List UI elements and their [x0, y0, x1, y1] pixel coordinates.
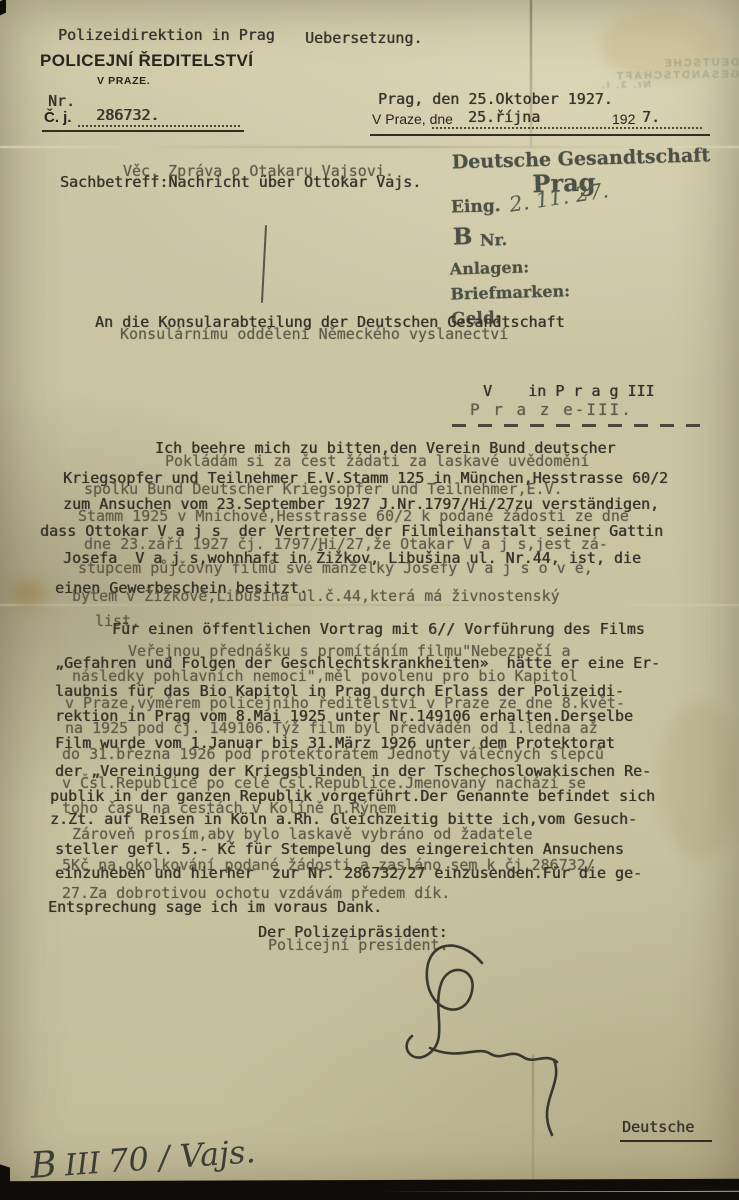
body-line: Pokládám si za čest žádati za laskavé uv…: [165, 454, 589, 470]
subject-german: Sachbetreff:Nachricht über Ottokar Vajs.: [60, 175, 421, 191]
body-line: einzuheben und hierher zur Nr. 286732/27…: [55, 866, 642, 882]
footer-deutsche: Deutsche: [622, 1120, 694, 1136]
scan-edge-corner-topleft: [0, 0, 6, 15]
handwritten-file-note: B III 70 / Vajs.: [29, 1130, 257, 1187]
stamp-b-label: B: [453, 225, 473, 250]
place-dashed-underline: [452, 424, 704, 427]
body-line: do 31.března 1926 pod protektorátem Jedn…: [62, 747, 604, 763]
date-underline: [370, 134, 710, 136]
stamp-briefmarken-label: Briefmarken:: [450, 283, 570, 303]
typed-uebersetzung: Uebersetzung.: [305, 31, 422, 47]
fold-crease-bottom: [532, 1055, 534, 1195]
typed-org-line: Polizeidirektion in Prag: [58, 28, 275, 44]
fold-crease-top: [530, 0, 532, 148]
stamp-anlagen-label: Anlagen:: [450, 259, 530, 278]
body-line: Für einen öffentlichen Vortrag mit 6// V…: [112, 622, 645, 638]
scanned-letter: DEUTSCHE GESANDTSCHAFT Nr. 3. I. Polizei…: [0, 0, 739, 1200]
stamp-eing-date-handwritten: 2. 11. 27.: [508, 179, 610, 216]
stain-top-right: [600, 10, 720, 80]
scan-edge-bottom: [0, 1179, 739, 1194]
document-page: DEUTSCHE GESANDTSCHAFT Nr. 3. I. Polizei…: [0, 0, 739, 1192]
pen-mark: [261, 225, 267, 303]
date-czech-year-typed: 7.: [642, 110, 660, 126]
date-german: Prag, den 25.Oktober 1927.: [378, 92, 613, 108]
fold-crease-horizontal-2: [0, 604, 739, 606]
place-czech: P r a z e-III.: [470, 402, 633, 419]
printed-letterhead-name: POLICEJNÍ ŘEDITELSTVÍ: [40, 52, 253, 70]
cj-underline: [42, 130, 244, 132]
footer-deutsche-underline: [620, 1140, 712, 1142]
file-number: 286732.: [96, 108, 159, 124]
body-line: bytem v Žižkově,Libušina ul.č.44,která m…: [72, 589, 560, 605]
stain-mid-right: [660, 700, 739, 860]
stain-left: [12, 580, 46, 606]
printed-letterhead-place: V PRAZE.: [97, 76, 150, 87]
date-czech-prefix: V Praze, dne: [372, 112, 453, 127]
fold-crease-horizontal: [0, 146, 739, 148]
received-stamp: Deutsche Gesandtschaft Prag Eing. 2. 11.…: [446, 146, 711, 333]
cj-leader-line: [78, 125, 240, 127]
signature: [330, 935, 610, 1145]
nr-label: Nr.: [48, 94, 75, 110]
date-leader-line: [432, 127, 702, 129]
stamp-nr-label: Nr.: [480, 232, 508, 250]
cj-label: Č. j.: [44, 110, 72, 126]
place-german: V in P r a g III: [483, 384, 655, 400]
handwritten-rest: 70 / Vajs.: [107, 1132, 257, 1180]
body-line: Entsprechung sage ich im voraus Dank.: [48, 900, 382, 916]
date-czech-year-printed: 192: [612, 112, 635, 127]
recipient-czech: Konsulárnímu oddělení Německého vyslanec…: [120, 327, 508, 343]
body-line: stupcem půjčovny filmů své manželky Jose…: [78, 561, 593, 577]
scan-edge-corner-left: [0, 1164, 10, 1193]
stamp-eing-label: Eing.: [451, 198, 501, 217]
